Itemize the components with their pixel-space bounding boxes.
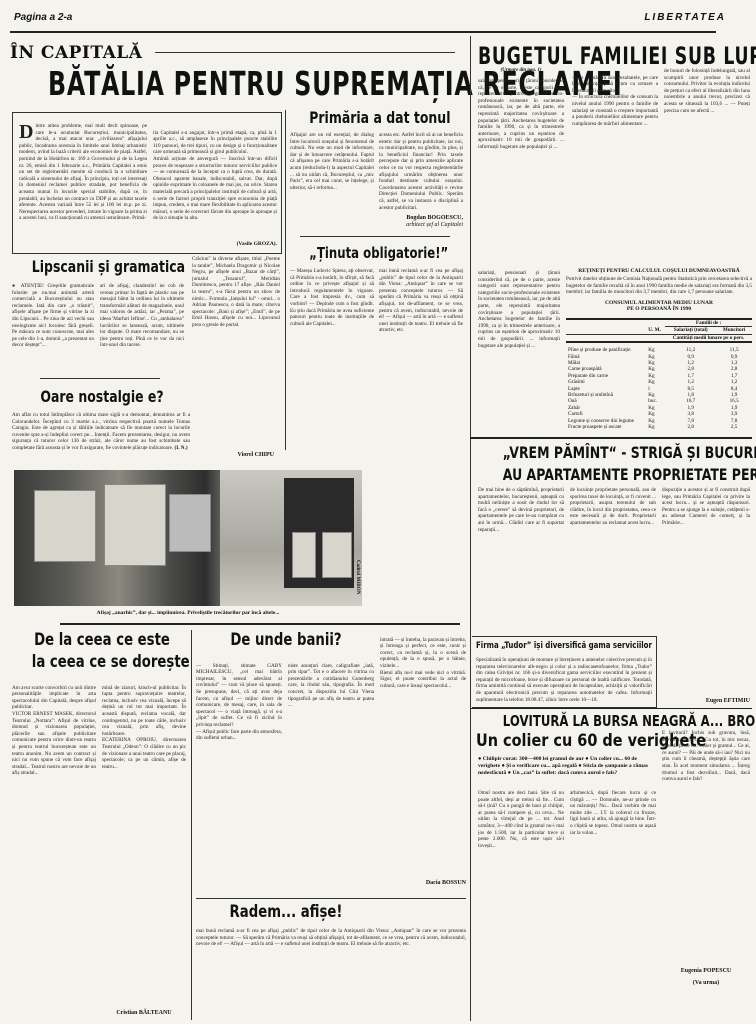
de-la-ceea-title-1: De la ceea ce este (32, 630, 172, 650)
primaria-byline-name: Bogdan BOGOESCU, (379, 215, 463, 221)
newspaper-name: LIBERTATEA (644, 12, 726, 23)
intro-box: D intre atitea probleme, mai mult decit … (12, 112, 282, 254)
section-label-rule (155, 52, 455, 53)
vrem-pamint-text-1: De mai bine de o săptămînă, proprietarii… (478, 487, 564, 533)
lovitura-byline: Eugenia POPESCU (662, 968, 750, 974)
lovitura-text-1: Omul nostru are deci bani. Știe că nu po… (478, 790, 564, 849)
vrem-pamint-text-3: dispoziție a acestor și ar fi construit … (662, 487, 750, 526)
de-unde-banii-text-1: — Stimați, stimate GABY MICHAILESCU, „ce… (196, 663, 282, 742)
primaria-text-1: Afișajul are un rol esențial, de dialog … (290, 132, 374, 191)
intro-text-1: intre atitea probleme, mai mult decit sp… (19, 123, 147, 221)
tinuta-text-2: mai bună reclamă a-ar fi cea pe afișaj „… (379, 268, 463, 333)
vrem-pamint-byline: Eugen EFTIMIU (662, 698, 750, 704)
vrem-pamint-text-2: de locuințe proprietate personală, sau d… (570, 487, 656, 526)
page-number: Pagina a 2-a (14, 12, 72, 23)
intro-byline: (Vasile GROZA). (153, 241, 277, 247)
lipscanii-text-2: ari de afișaj, clandestin! ne cob de cer… (100, 283, 184, 348)
consumption-table: Familii de : U. M.Salariați (total)Munci… (566, 320, 752, 431)
de-unde-banii-col-2: niste anunțuri clare, caligrafiate „iată… (288, 656, 374, 896)
retineti-text: Potrivit datelor obținute de Comisia Naț… (566, 276, 752, 298)
lovitura-lead: ● Chilipir curat: 300—400 lei gramul de … (478, 756, 656, 777)
radem-title: Radem... afișe! (216, 902, 356, 922)
lipscanii-col-2: ari de afișaj, clandestin! ne cob de cer… (100, 283, 184, 367)
photo-caption: Afișaj „anarhic”, dar și... impîinuirea.… (14, 610, 362, 616)
buget-text-1-cont: salariați, pensionari și țărani consider… (478, 270, 560, 349)
de-unde-banii-text-2: niste anunțuri clare, caligrafiate „iată… (288, 663, 374, 709)
primaria-col-1: Afișajul are un rol esențial, de dialog … (290, 132, 374, 230)
intro-text-2: ria Capitalei s-a angajat, într-o primă … (153, 130, 277, 222)
lovitura-col-2: arhimecică, după fiecare lucru și ce cîș… (570, 790, 656, 1016)
tinuta-col-2: mai bună reclamă a-ar fi cea pe afișaj „… (379, 268, 463, 446)
primaria-title: Primăria a dat tonul (309, 108, 446, 127)
buget-continued: (Urmare din pag. 1) (478, 68, 564, 73)
buget-col-2: — În ce măsură sunt rezultatele, pe care… (572, 68, 658, 268)
tudor-body: Specializată în operațiuni de montare și… (476, 657, 652, 703)
buget-col-1: salariați, pensionari și țărani consider… (478, 78, 564, 268)
buget-text-2: — În ce măsură sunt rezultatele, pe care… (572, 75, 658, 127)
lovitura-text-2: arhimecică, după fiecare lucru și ce cîș… (570, 790, 656, 836)
primaria-byline-title: arhitect șef al Capitalei (379, 222, 463, 228)
lipscanii-text-1: ● ATENȚIE! Greșelile gramaticale folosit… (12, 283, 94, 348)
primaria-text-2: acesta etc. Astfel încît să ai un benefi… (379, 132, 463, 211)
section-label: ÎN CAPITALĂ (10, 43, 142, 63)
lipscanii-col-1: ● ATENȚIE! Greșelile gramaticale folosit… (12, 283, 94, 367)
tinuta-title: „Ținuta obligatorie!” (309, 244, 446, 262)
de-unde-banii-text-3: intrată — și întreba, la paravan și într… (380, 637, 466, 689)
table-bottom-rule (470, 437, 752, 439)
intro-col-1: D intre atitea probleme, mai mult decit … (19, 123, 147, 249)
nostalgie-byline: (I. N.) (174, 445, 187, 451)
radem-text: mai bună reclamă a-ar fi cea pe afișaj „… (196, 928, 466, 947)
col-salariati: Salariați (total) (665, 327, 716, 334)
col-muncitori: Muncitori (716, 327, 752, 334)
lovitura-col-1: Omul nostru are deci bani. Știe că nu po… (478, 790, 564, 1016)
header-rule (10, 31, 716, 33)
vrem-pamint-col-3: dispoziție a acestor și ar fi construit … (662, 487, 750, 687)
radem-body: mai bună reclamă a-ar fi cea pe afișaj „… (196, 928, 466, 1008)
de-la-ceea-byline: Cristian BĂLTEANU (102, 1010, 186, 1016)
vrem-pamint-title-2: AU APARTAMENTE PROPRIETATE PERSONALĂ (503, 465, 721, 484)
buget-col-1-cont: salariați, pensionari și țărani consider… (478, 270, 560, 430)
nostalgie-title: Oare nostalgie e? (32, 387, 172, 406)
divider (191, 630, 192, 1020)
crinci-byline: Viorel CHIPU (192, 452, 274, 458)
buget-col-3: de bunuri de folosință îndelungată, sau … (664, 68, 750, 268)
buget-headline: BUGETUL FAMILIEI SUB LUPA STATISTICII (478, 42, 756, 70)
table-title-2: PE O PERSOANĂ ÎN 1990 (566, 306, 752, 312)
lovitura-text-3: E lovitură? Închis sub gravura, însă, ad… (662, 730, 750, 782)
lovitura-rule (470, 708, 752, 709)
tudor-title: Firma „Tudor” își diversifică gama servi… (476, 641, 652, 651)
consumption-table-box: CONSUMUL ALIMENTAR MEDIU LUNAR PE O PERS… (566, 300, 752, 431)
intro-col-2: ria Capitalei s-a angajat, într-o primă … (153, 123, 277, 241)
lipscanii-rule (40, 378, 160, 379)
retineti-body: Potrivit datelor obținute de Comisia Naț… (566, 276, 752, 295)
nostalgie-text: Am aflat cu totul întîmplător că ultima … (12, 412, 190, 451)
primaria-rule (300, 236, 450, 237)
de-unde-banii-title: De unde banii? (216, 630, 356, 650)
table-subheader: Cantități medii lunare pe o pers. (665, 334, 752, 342)
de-la-ceea-title-2: la ceea ce se dorește (32, 652, 172, 672)
divider (470, 36, 471, 1021)
de-la-ceea-col-2: mină de ziaruri, kitsch-ul publicitar. Î… (102, 678, 186, 1008)
lovitura-to-be-continued: (Va urma) (662, 980, 750, 986)
photo-credit: Cadrul MIRON (355, 560, 360, 594)
intro-dropcap: D (19, 123, 33, 141)
de-la-ceea-text-2: mină de ziaruri, kitsch-ul publicitar. Î… (102, 685, 186, 770)
vrem-pamint-col-1: De mai bine de o săptămînă, proprietarii… (478, 487, 564, 633)
retineti-title: REȚINEȚI PENTRU CALCULUL COȘULUI DUMNEAV… (566, 268, 752, 274)
buget-text-3: de bunuri de folosință îndelungată, sau … (664, 68, 750, 114)
primaria-col-2: acesta etc. Astfel încît să ai un benefi… (379, 132, 463, 212)
de-unde-banii-col-3: intrată — și întreba, la paravan și într… (380, 630, 466, 880)
tudor-box: Firma „Tudor” își diversifică gama servi… (472, 636, 657, 708)
crinci-text: Crăciun” la diverse afișare, titlul „Poe… (192, 256, 280, 328)
de-la-ceea-text-1: Am avut scurte convorbiri cu unii dintre… (12, 685, 96, 777)
tudor-text: Specializată în operațiuni de montare și… (476, 657, 652, 703)
radem-rule (196, 898, 466, 899)
de-la-ceea-col-1: Am avut scurte convorbiri cu unii dintre… (12, 678, 96, 1018)
buget-text-1: salariați, pensionari și țărani consider… (478, 78, 564, 150)
vrem-pamint-col-2: de locuințe proprietate personală, sau d… (570, 487, 656, 633)
tinuta-text-1: — Mareșa Ludovic Spiess, aţi observat, c… (290, 268, 374, 327)
lovitura-headline: LOVITURĂ LA BURSA NEAGRĂ A... BRONZULUI … (503, 712, 721, 730)
divider (285, 110, 286, 450)
group-header: Familii de : (665, 320, 752, 327)
photo-rule (60, 623, 460, 625)
crinci-col: Crăciun” la diverse afișare, titlul „Poe… (192, 256, 280, 416)
lovitura-col-3: E lovitură? Închis sub gravura, însă, ad… (662, 730, 750, 958)
street-photo (14, 470, 362, 606)
tinuta-col-1: — Mareșa Ludovic Spiess, aţi observat, c… (290, 268, 374, 446)
lipscanii-title: Lipscanii și gramatica (32, 257, 172, 276)
nostalgie-body: Am aflat cu totul întîmplător că ultima … (12, 412, 190, 454)
de-unde-banii-byline: Dacia BOSSUN (380, 880, 466, 886)
col-unit: U. M. (646, 327, 665, 334)
table-row: Fructe proaspete și uscateKg2,82,5 (566, 424, 752, 430)
vrem-pamint-title-1: „VREM PĂMÎNT“ - STRIGĂ ȘI BUCUREȘTENII C… (503, 443, 721, 462)
